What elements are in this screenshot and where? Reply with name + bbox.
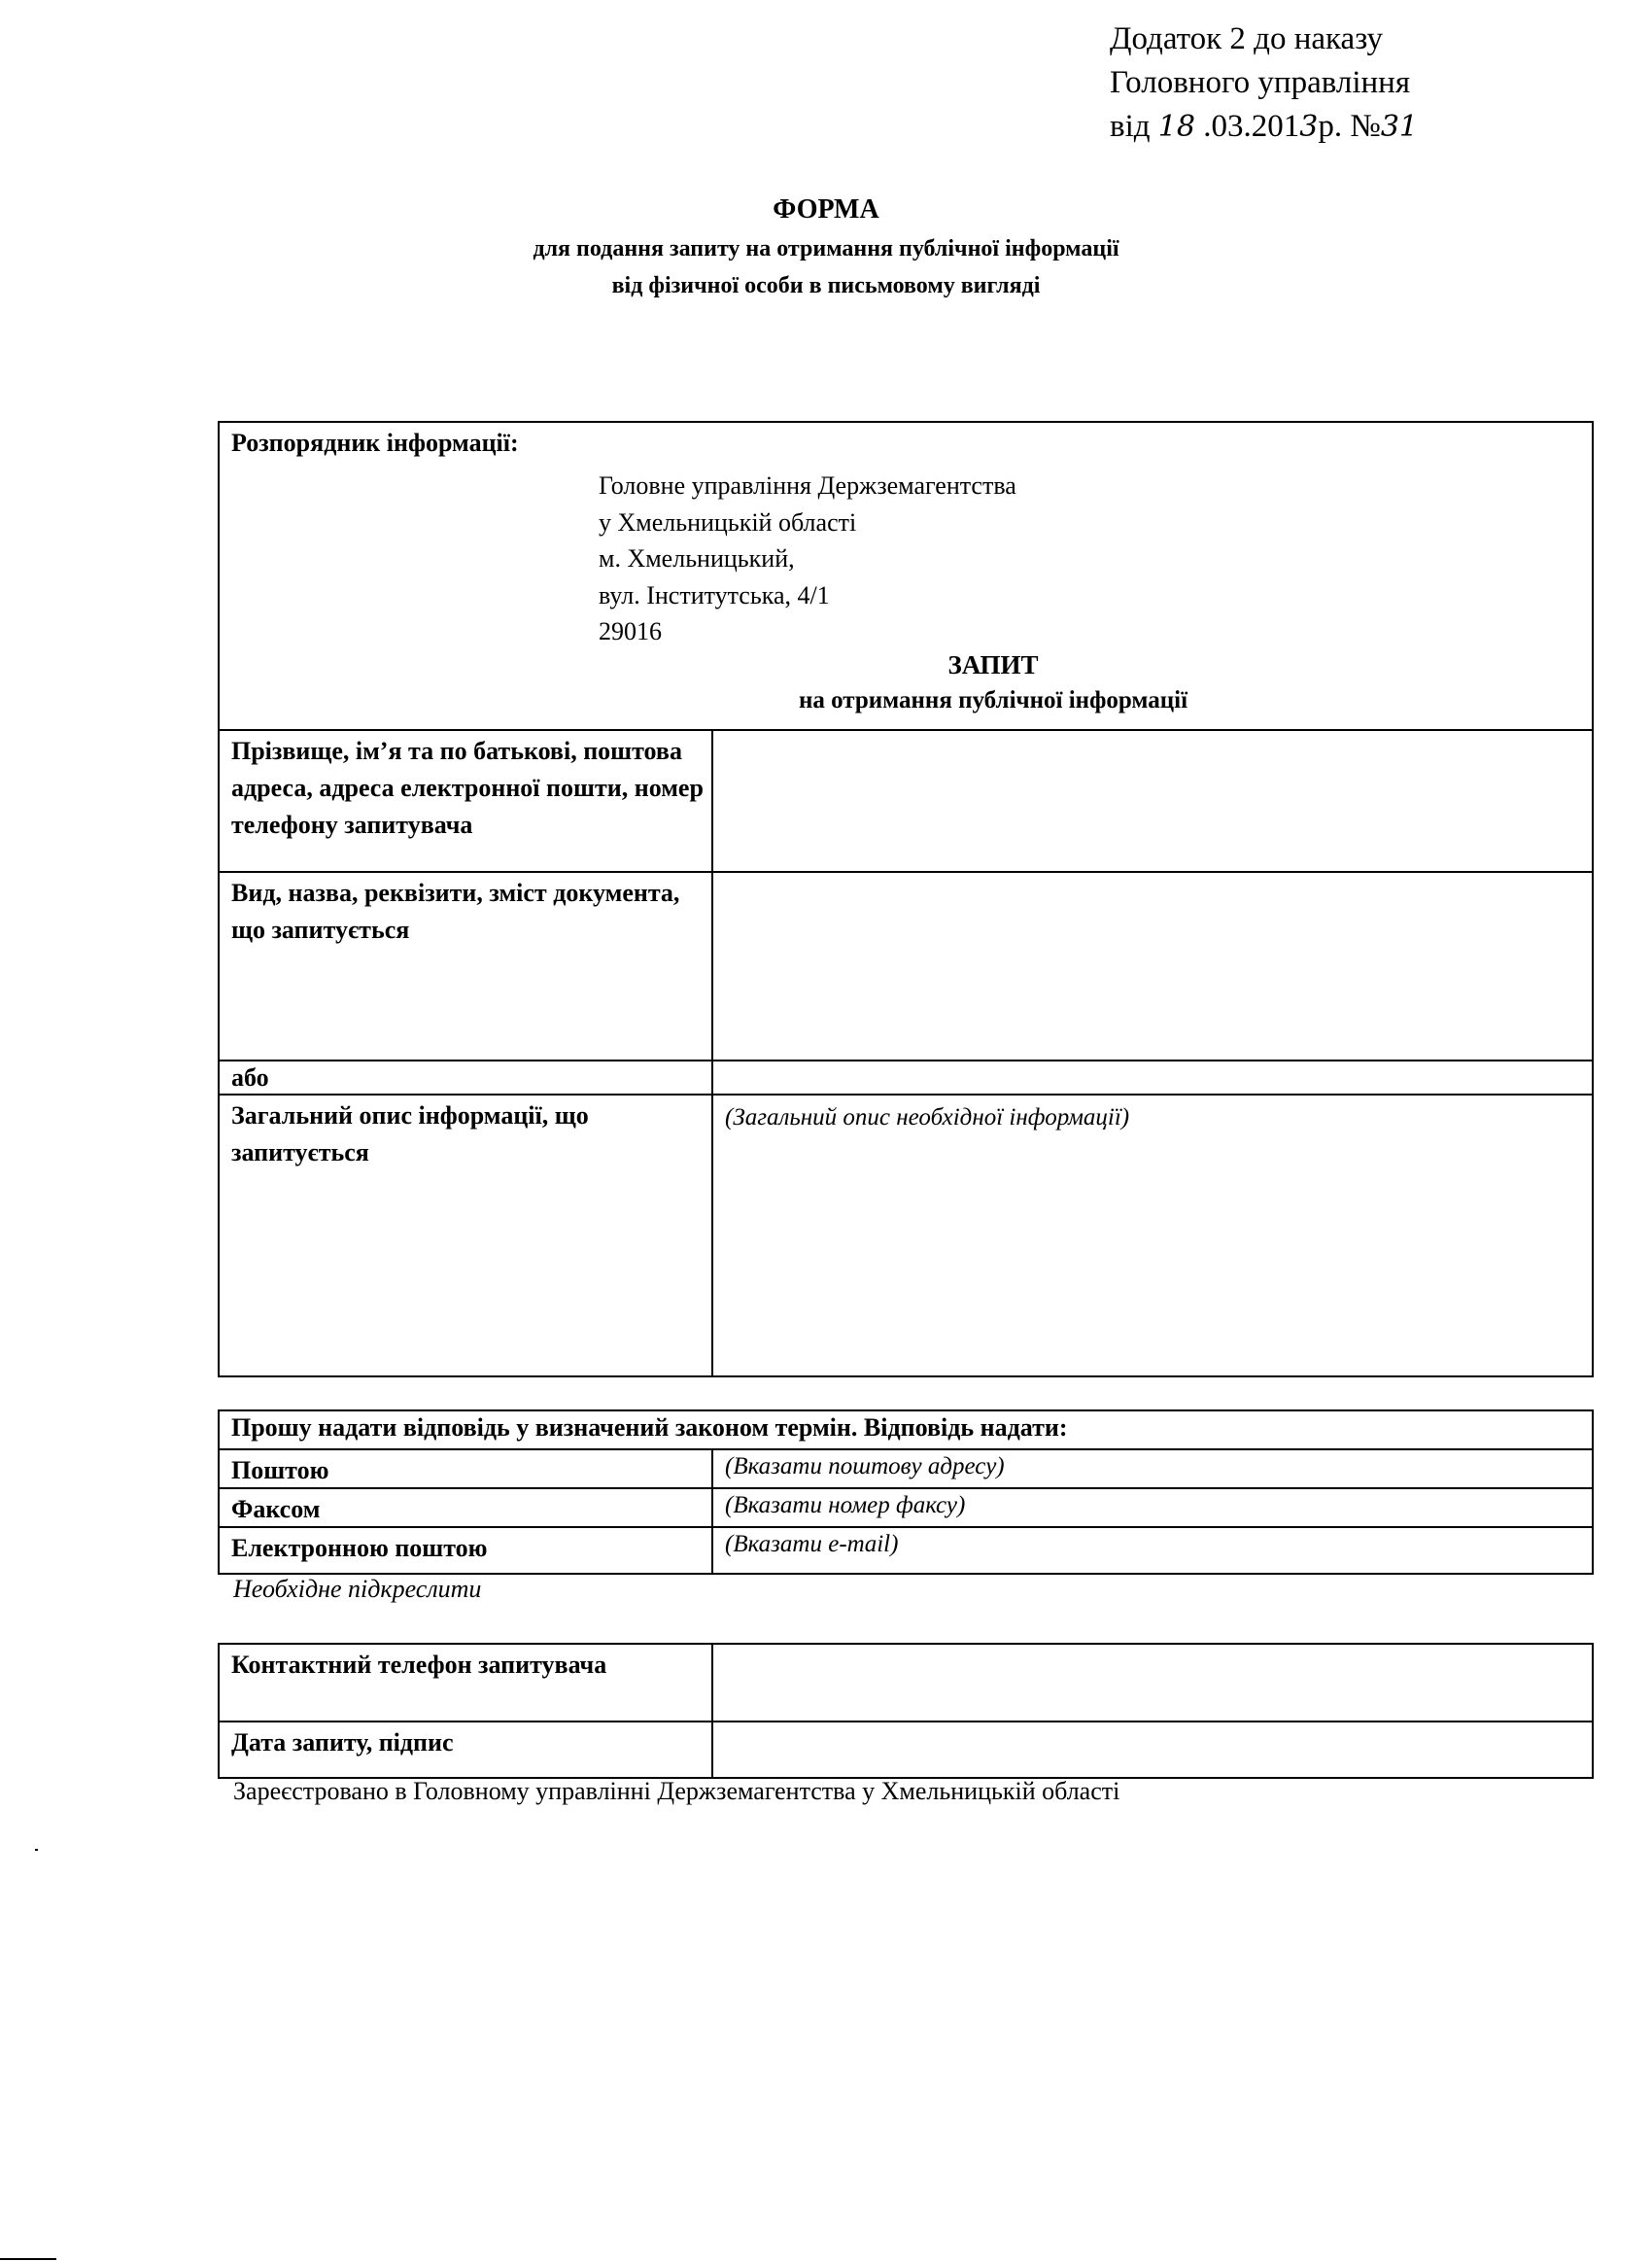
general-description-field[interactable]: (Загальний опис необхідної інформації): [725, 1101, 1582, 1134]
column-divider: [711, 1061, 713, 1096]
appendix-line-1: Додаток 2 до наказу: [1110, 17, 1418, 61]
response-table: Прошу надати відповідь у визначений зако…: [218, 1409, 1594, 1575]
row-label: Вид, назва, реквізити, зміст документа, …: [231, 875, 707, 949]
scan-margin-mark: [0, 2258, 56, 2260]
table-row: або: [220, 1060, 1592, 1096]
registration-footer: Зареєстровано в Головному управлінні Дер…: [233, 1777, 1119, 1806]
handwritten-year-digit: 3: [1299, 110, 1318, 144]
row-label: або: [231, 1060, 707, 1096]
contact-table: Контактний телефон запитувача Дата запит…: [218, 1643, 1594, 1779]
request-table: Розпорядник інформації: Головне управлін…: [218, 421, 1594, 1377]
appendix-line-3: від 18 .03.2013р. №31: [1110, 105, 1418, 149]
request-title: ЗАПИТ: [220, 650, 1592, 680]
row-label: Контактний телефон запитувача: [231, 1647, 707, 1684]
request-subtitle: на отримання публічної інформації: [220, 687, 1592, 714]
table-row: Дата запиту, підпис: [220, 1721, 1592, 1779]
column-divider: [711, 731, 713, 873]
table-row: Поштою (Вказати поштову адресу): [220, 1448, 1592, 1489]
response-header-row: Прошу надати відповідь у визначений зако…: [220, 1411, 1592, 1450]
appendix-line-2: Головного управління: [1110, 61, 1418, 105]
email-field[interactable]: (Вказати e-mail): [725, 1528, 1582, 1561]
manager-label: Розпорядник інформації:: [231, 429, 519, 458]
manager-row: Розпорядник інформації: Головне управлін…: [220, 423, 1592, 731]
column-divider: [711, 1489, 713, 1528]
row-label: Електронною поштою: [231, 1530, 707, 1567]
row-label: Факсом: [231, 1491, 707, 1528]
fax-field[interactable]: (Вказати номер факсу): [725, 1489, 1582, 1522]
column-divider: [711, 1528, 713, 1573]
column-divider: [711, 1722, 713, 1779]
row-label: Загальний опис інформації, що запитуєтьс…: [231, 1097, 707, 1171]
column-divider: [711, 1096, 713, 1375]
appendix-header: Додаток 2 до наказу Головного управління…: [1110, 17, 1418, 149]
row-label: Прізвище, ім’я та по батькові, поштова а…: [231, 733, 707, 844]
response-header: Прошу надати відповідь у визначений зако…: [231, 1409, 1582, 1446]
row-label: Поштою: [231, 1452, 707, 1489]
form-subtitle-1: для подання запиту на отримання публічно…: [0, 236, 1652, 262]
underline-note: Необхідне підкреслити: [233, 1575, 481, 1604]
table-row: Факсом (Вказати номер факсу): [220, 1487, 1592, 1528]
handwritten-order-number: 31: [1381, 110, 1418, 144]
form-subtitle-2: від фізичної особи в письмовому вигляді: [0, 273, 1652, 299]
manager-address: Головне управління Держземагентства у Хм…: [599, 468, 1016, 650]
table-row: Контактний телефон запитувача: [220, 1645, 1592, 1722]
table-row: Загальний опис інформації, що запитуєтьс…: [220, 1094, 1592, 1375]
table-row: Вид, назва, реквізити, зміст документа, …: [220, 871, 1592, 1061]
row-label: Дата запиту, підпис: [231, 1724, 707, 1761]
column-divider: [711, 1450, 713, 1489]
column-divider: [711, 1645, 713, 1722]
handwritten-day: 18: [1158, 110, 1195, 144]
form-title: ФОРМА: [0, 194, 1652, 226]
postal-address-field[interactable]: (Вказати поштову адресу): [725, 1450, 1582, 1483]
scan-speck: [35, 1849, 38, 1851]
table-row: Прізвище, ім’я та по батькові, поштова а…: [220, 729, 1592, 873]
table-row: Електронною поштою (Вказати e-mail): [220, 1526, 1592, 1573]
column-divider: [711, 873, 713, 1061]
